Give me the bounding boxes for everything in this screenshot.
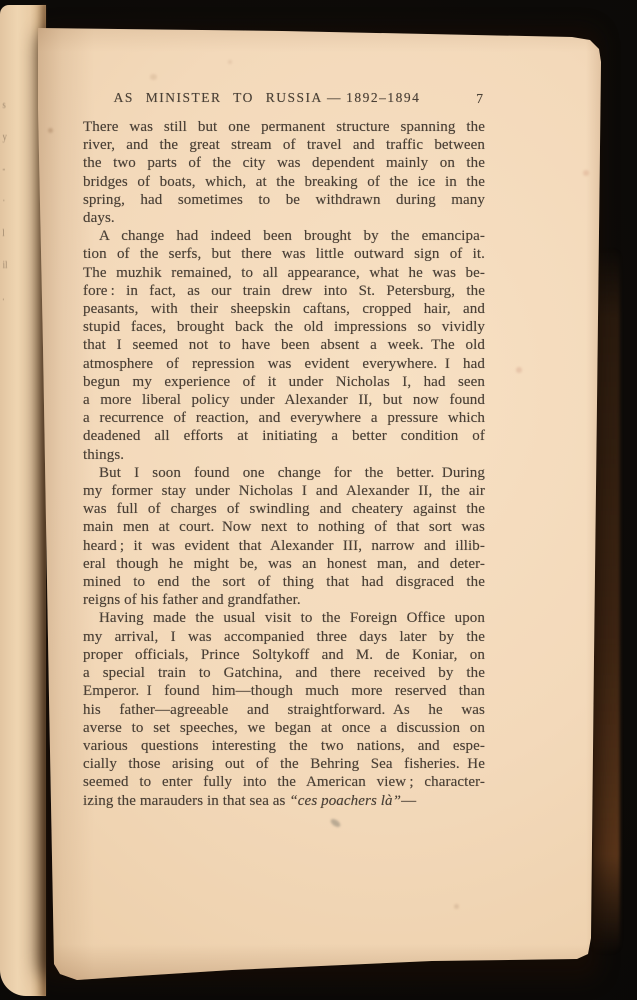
page-speck: [454, 904, 459, 909]
text-line: main men at court. Now next to nothing o…: [83, 518, 485, 536]
paragraph: Having made the usual visit to the Forei…: [83, 609, 485, 809]
facing-page-glyph: .: [2, 292, 4, 303]
page-speck: [150, 74, 157, 80]
text-line: a special train to Gatchina, and there r…: [83, 664, 485, 682]
text-line: was full of charges of swindling and che…: [83, 500, 485, 518]
facing-page-glyph: s: [2, 100, 5, 111]
facing-page-glyph: il: [3, 260, 8, 271]
text-line: things.: [83, 446, 485, 464]
text-segment: —: [401, 793, 416, 809]
text-line: There was still but one permanent struct…: [83, 118, 485, 136]
page-number: 7: [476, 91, 483, 107]
page-speck: [228, 60, 232, 64]
text-line: reigns of his father and grandfather.: [83, 591, 485, 609]
page-text: There was still but one permanent struct…: [83, 118, 485, 810]
facing-page-glyph: ·: [2, 196, 5, 207]
facing-page-glyph: l: [2, 228, 4, 239]
text-segment: izing the marauders in that sea as: [83, 793, 289, 809]
page-speck: [329, 817, 341, 828]
text-line: river, and the great stream of travel an…: [83, 136, 485, 154]
text-line: deadened all efforts at initiating a bet…: [83, 427, 485, 445]
italic-phrase: “ces poachers là”: [289, 793, 401, 809]
paragraph: A change had indeed been brought by the …: [83, 227, 485, 464]
text-line: spring, had sometimes to be withdrawn du…: [83, 191, 485, 209]
text-line: Emperor. I found him—though much more re…: [83, 682, 485, 700]
text-line: various questions interesting the two na…: [83, 737, 485, 755]
text-line: Having made the usual visit to the Forei…: [83, 609, 485, 627]
text-line: cially those arising out of the Behring …: [83, 755, 485, 773]
text-line: his father—agreeable and straightforward…: [83, 701, 485, 719]
page-speck: [516, 367, 522, 373]
text-line: heard ; it was evident that Alexander II…: [83, 537, 485, 555]
text-line: tion of the serfs, but there was little …: [83, 245, 485, 263]
page-speck: [583, 170, 589, 176]
paragraph: But I soon found one change for the bett…: [83, 464, 485, 610]
facing-page-glyph: y: [3, 132, 7, 143]
text-line: my arrival, I was accompanied three days…: [83, 628, 485, 646]
text-line: proper officials, Prince Soltykoff and M…: [83, 646, 485, 664]
book-page: AS MINISTER TO RUSSIA — 1892–1894 7 Ther…: [32, 18, 606, 990]
facing-page-text-fragments: sy-·lil.: [0, 5, 14, 996]
text-line: peasants, with their sheepskin caftans, …: [83, 300, 485, 318]
text-line: seemed to enter fully into the American …: [83, 773, 485, 791]
text-line: A change had indeed been brought by the …: [83, 227, 485, 245]
text-line: mined to end the sort of thing that had …: [83, 573, 485, 591]
text-line: The muzhik remained, to all appearance, …: [83, 264, 485, 282]
text-line: days.: [83, 209, 485, 227]
facing-page-glyph: -: [2, 164, 5, 175]
book-photo: sy-·lil. AS MINISTER TO RUSSIA — 1892–18…: [0, 0, 637, 1000]
text-line: my former stay under Nicholas I and Alex…: [83, 482, 485, 500]
text-line: fore : in fact, as our train drew into S…: [83, 282, 485, 300]
text-line: stupid faces, brought back the old impre…: [83, 318, 485, 336]
text-line: the two parts of the city was dependent …: [83, 154, 485, 172]
text-line: izing the marauders in that sea as “ces …: [83, 792, 485, 810]
paragraph: There was still but one permanent struct…: [83, 118, 485, 227]
text-line: that I seemed not to have been absent a …: [83, 336, 485, 354]
running-header-title: AS MINISTER TO RUSSIA — 1892–1894: [83, 90, 485, 106]
text-line: atmosphere of repression was evident eve…: [83, 355, 485, 373]
running-header: AS MINISTER TO RUSSIA — 1892–1894 7: [83, 90, 485, 108]
text-line: bridges of boats, which, at the breaking…: [83, 173, 485, 191]
page-speck: [48, 128, 53, 133]
text-line: a recurrence of reaction, and everywhere…: [83, 409, 485, 427]
text-line: begun my experience of it under Nicholas…: [83, 373, 485, 391]
text-line: a more liberal policy under Alexander II…: [83, 391, 485, 409]
text-line: But I soon found one change for the bett…: [83, 464, 485, 482]
text-line: averse to set speeches, we began at once…: [83, 719, 485, 737]
text-line: eral though he might be, was an honest m…: [83, 555, 485, 573]
